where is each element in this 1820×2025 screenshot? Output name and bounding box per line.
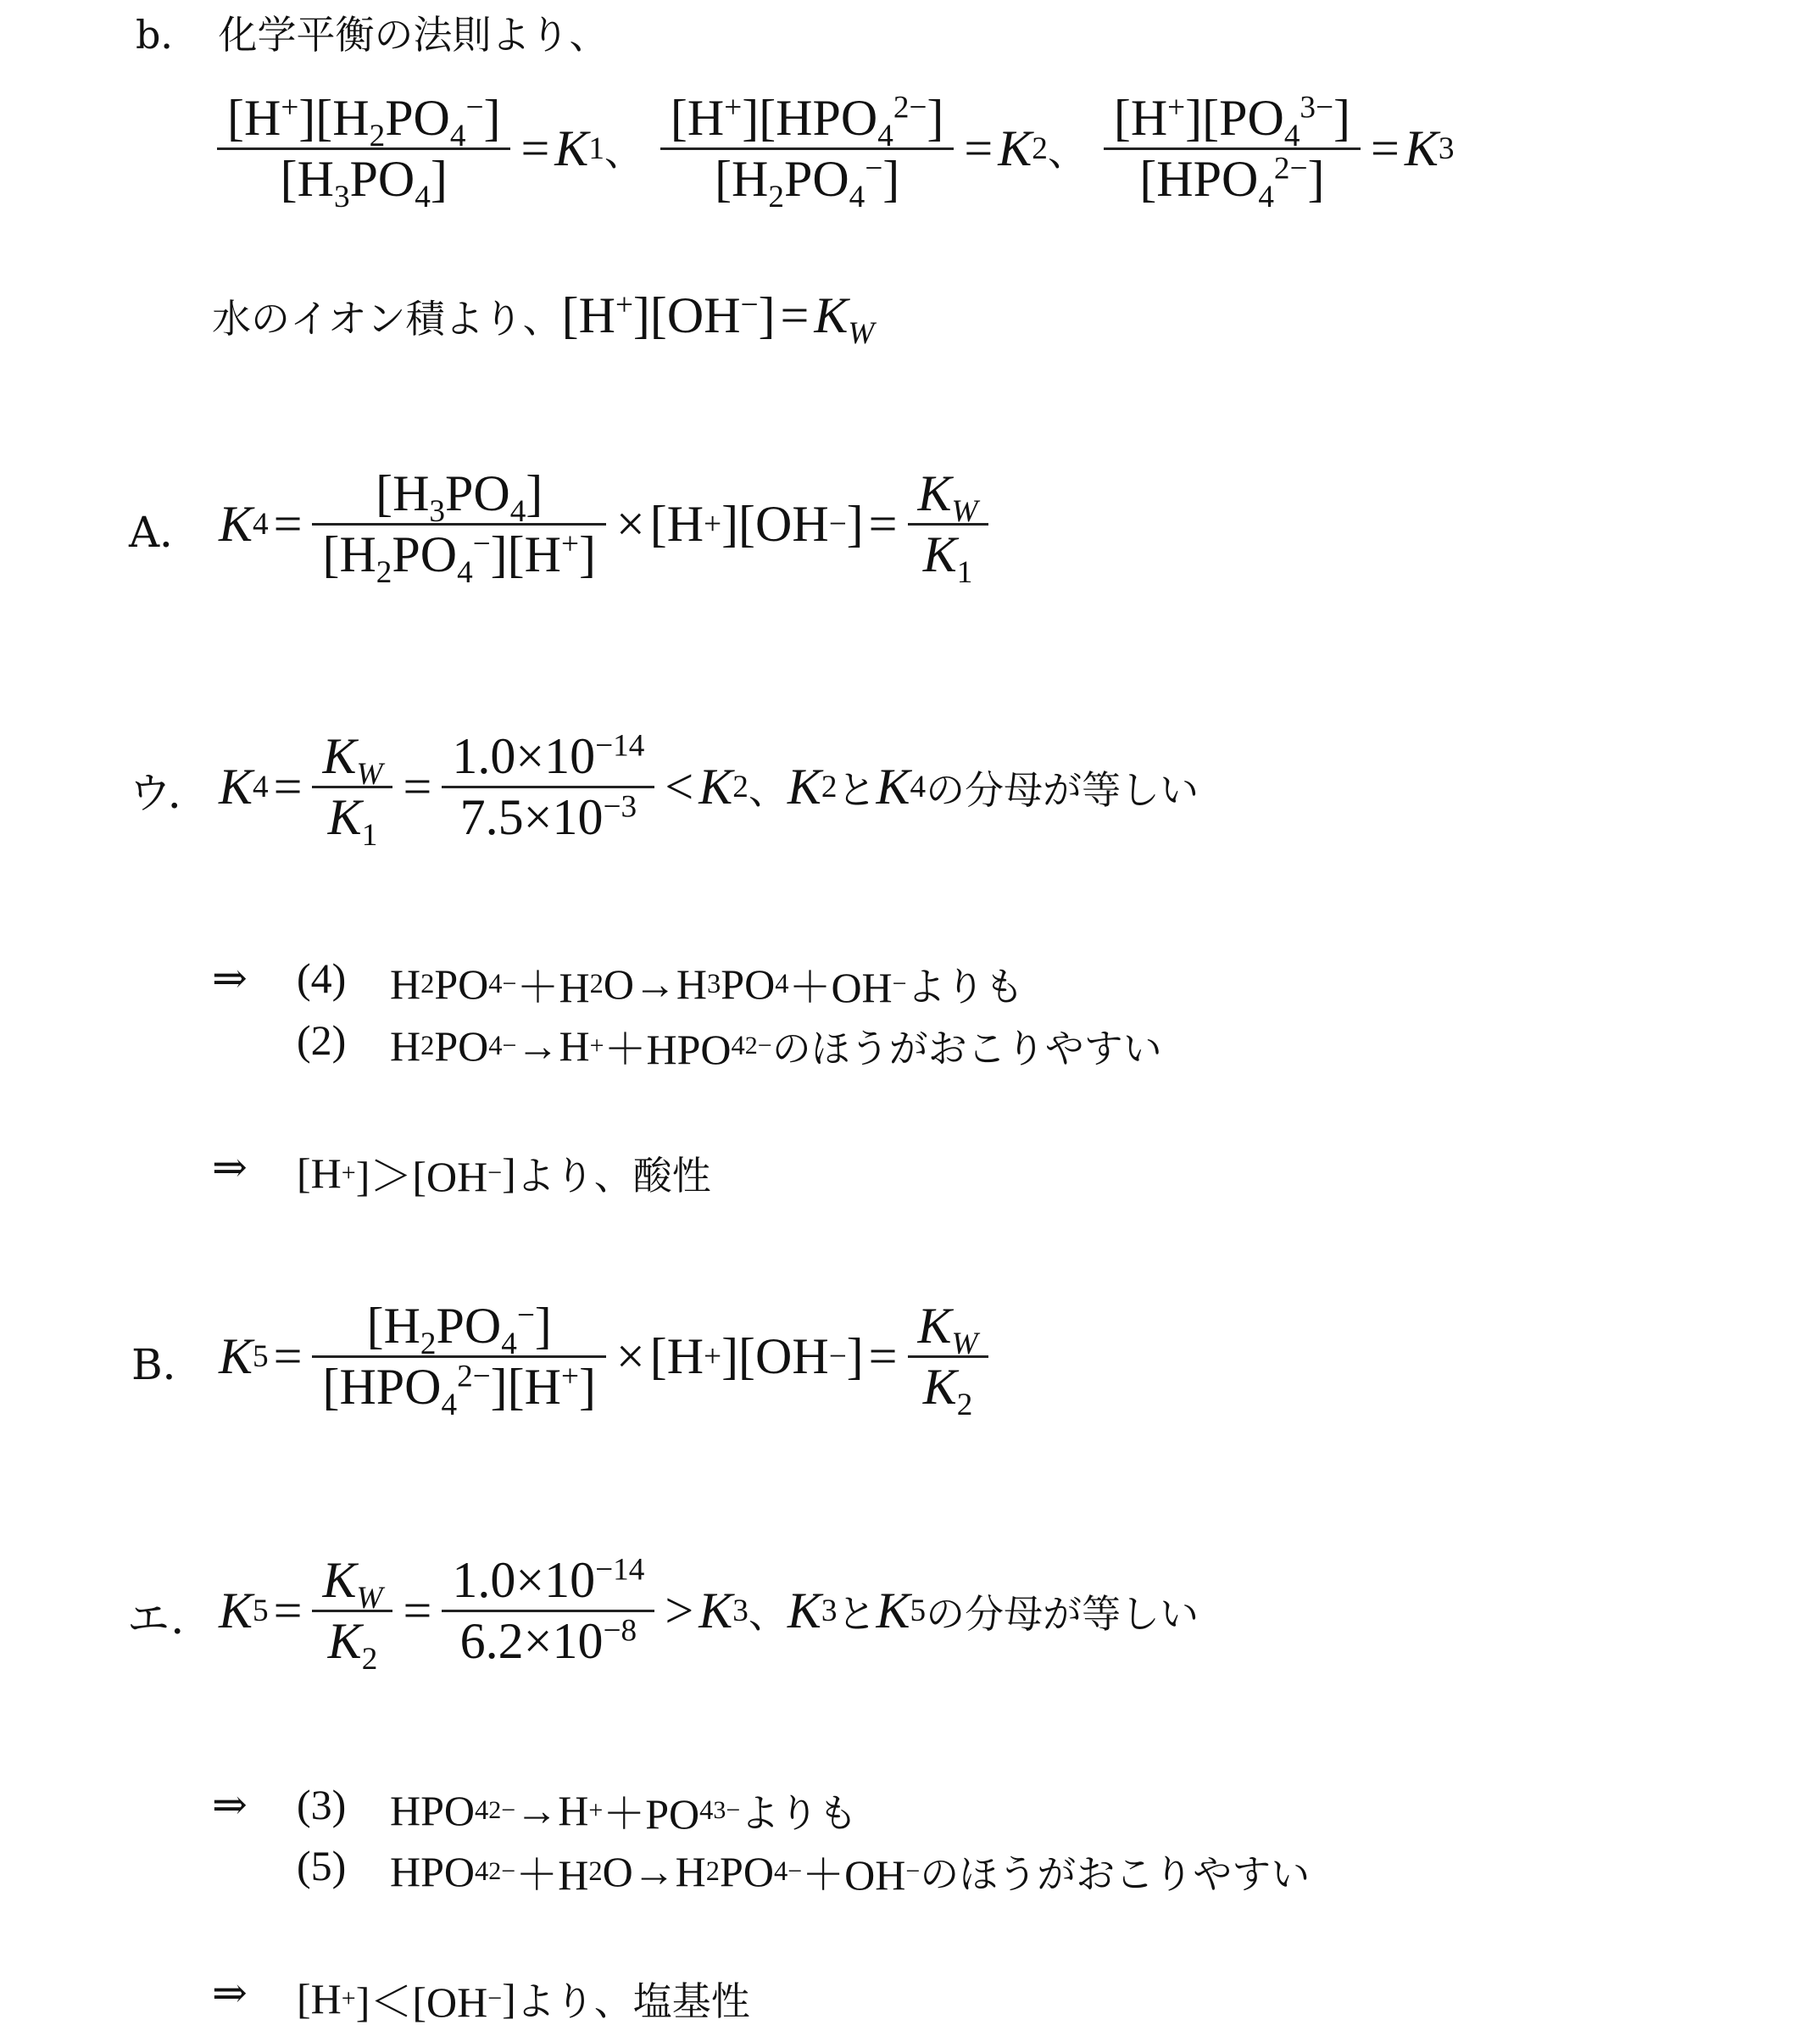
section-B-equation: K5= [H2PO4−] [HPO42−][H+] ×[H+][OH−]= KW… [219,1297,993,1416]
section-B-label: B． [131,1331,205,1392]
equal-denominator-text: 分母が等しい [965,759,1199,815]
k2-fraction: [H+][HPO42−] [H2PO4−] [660,89,954,209]
acidic-conclusion: [H+]＞[OH−]より、酸性 [297,1143,711,1204]
water-text: 水のイオン積より、 [212,288,562,344]
section-b-label: b． [136,4,199,60]
section-A-equation: K4= [H3PO4] [H2PO4−][H+] ×[H+][OH−]= KW … [219,465,993,584]
section-u-equation: K4= KW K1 = 1.0×10−14 7.5×10−3 <K2、 K2とK… [219,727,1199,847]
section-e-equation: K5= KW K2 = 1.0×10−14 6.2×10−8 >K3、 K3とK… [219,1551,1199,1671]
basic-conclusion: [H+]＜[OH−]より、塩基性 [297,1968,750,2025]
equal-denominator-text: 分母が等しい [965,1583,1199,1639]
kw-over-k2-fraction: KW K2 [908,1297,988,1416]
k1-fraction: [H+][H2PO4−] [H3PO4] [217,89,510,209]
implies-arrow: ⇒ [212,1780,248,1829]
implies-arrow: ⇒ [212,1143,248,1192]
section-b-header: b． 化学平衡の法則より、 [136,4,608,60]
kw-over-k2-fraction: KW K2 [312,1551,392,1671]
water-ion-product-line: 水のイオン積より、 [H+][OH−]=KW [212,287,874,345]
k5-definition-fraction: [H2PO4−] [HPO42−][H+] [312,1297,605,1416]
kw-over-k1-fraction: KW K1 [908,465,988,584]
section-u-label: ウ． [129,759,210,821]
implies-arrow: ⇒ [212,954,248,1003]
reaction-4: H2PO4−＋H2O→H3PO4＋OH−よりも [390,954,1024,1015]
k4-definition-fraction: [H3PO4] [H2PO4−][H+] [312,465,605,584]
k4-numeric-fraction: 1.0×10−14 7.5×10−3 [442,727,654,847]
equilibrium-constants-row: [H+][H2PO4−] [H3PO4] =K1、 [H+][HPO42−] [… [212,89,1454,209]
reaction-4-label: (4) [297,954,346,1003]
k3-fraction: [H+][PO43−] [HPO42−] [1104,89,1361,209]
reaction-2-label: (2) [297,1015,346,1065]
kw-over-k1-fraction: KW K1 [312,727,392,847]
section-A-label: A． [129,498,202,559]
water-equation: [H+][OH−]=KW [562,287,875,345]
implies-arrow: ⇒ [212,1968,248,2017]
k5-numeric-fraction: 1.0×10−14 6.2×10−8 [442,1551,654,1671]
reaction-5-label: (5) [297,1841,346,1890]
reaction-2: H2PO4−→H+＋HPO42−のほうがおこりやすい [390,1015,1162,1076]
section-e-label: エ． [127,1585,214,1646]
reaction-5: HPO42−＋H2O→H2PO4−＋OH−のほうがおこりやすい [390,1841,1310,1902]
section-b-intro: 化学平衡の法則より、 [218,4,608,60]
reaction-3-label: (3) [297,1780,346,1829]
reaction-3: HPO42−→H+＋PO43−よりも [390,1780,857,1841]
